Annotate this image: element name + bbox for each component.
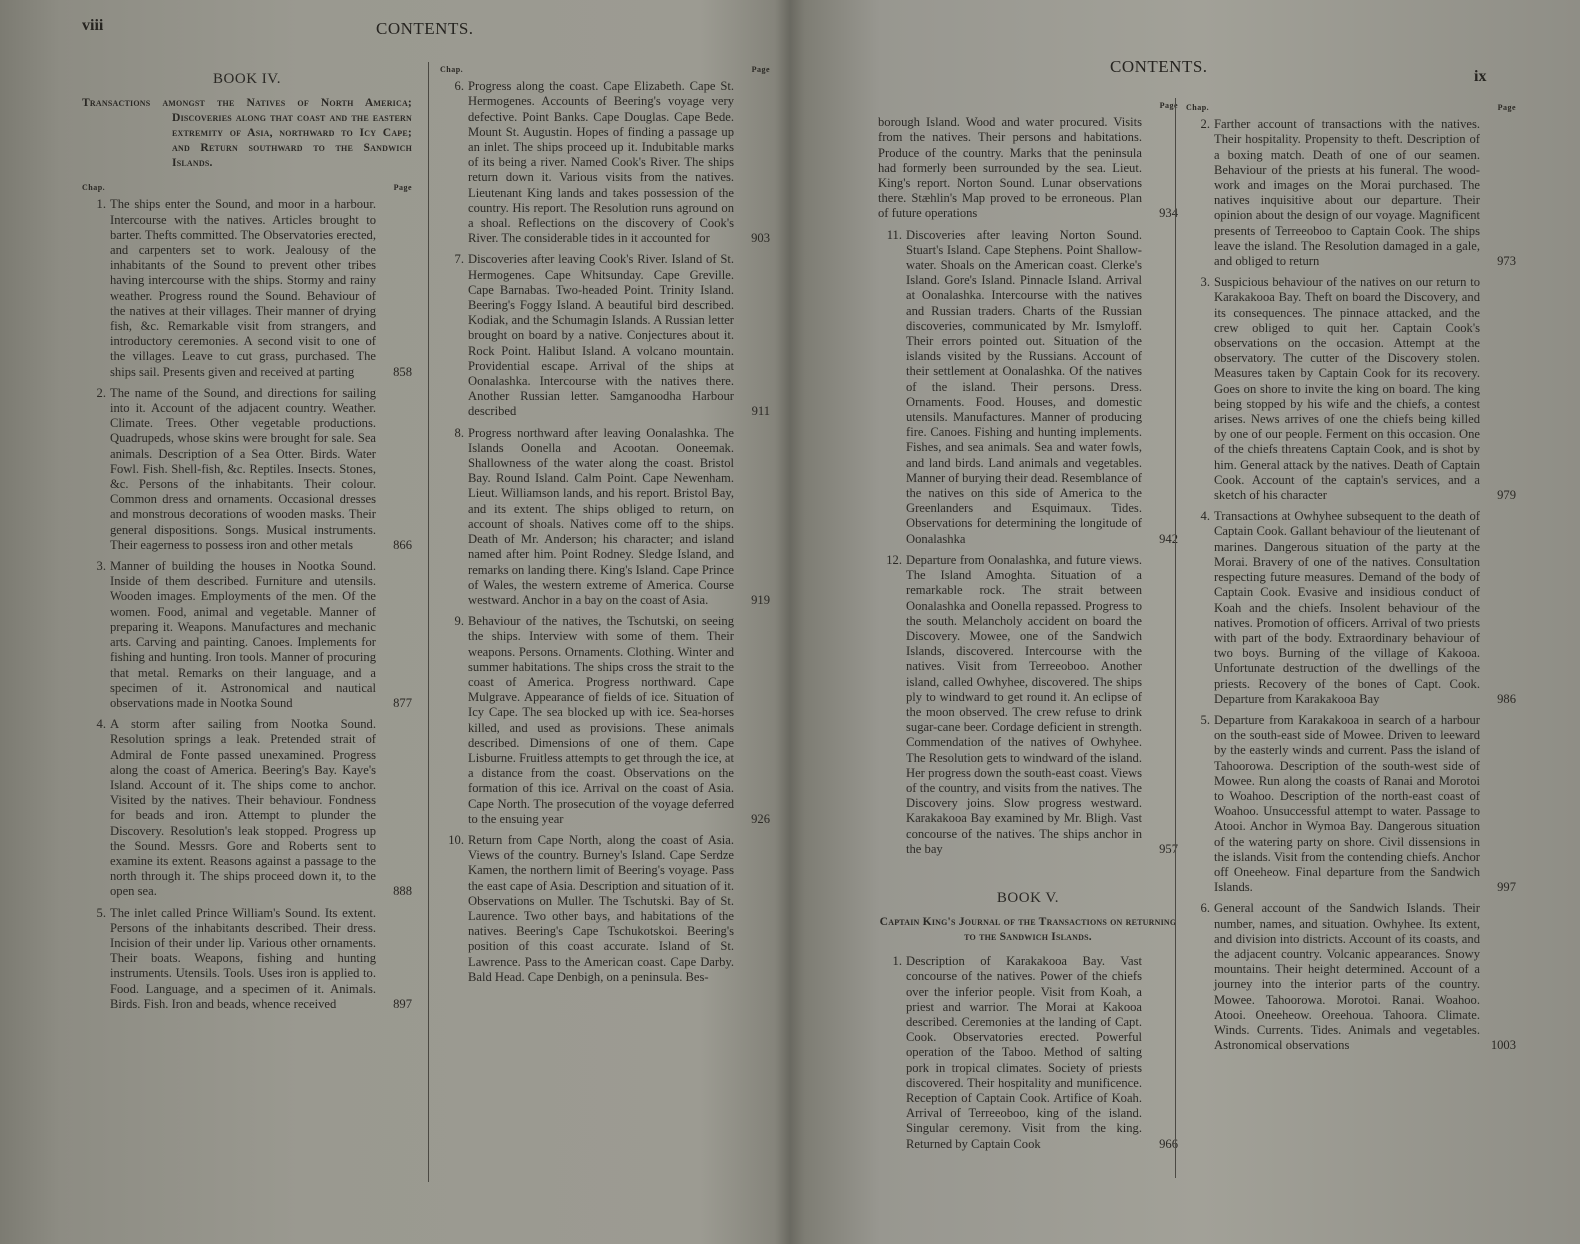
page-reference: 1003 — [1482, 1038, 1516, 1053]
toc-entry-continuation: borough Island. Wood and water procured.… — [878, 115, 1178, 221]
page-reference: 997 — [1482, 880, 1516, 895]
chapter-number: 12. — [878, 553, 902, 568]
chapter-number: 6. — [440, 79, 464, 94]
page-reference: 866 — [378, 538, 412, 553]
page-reference: 903 — [736, 231, 770, 246]
column-divider — [428, 62, 429, 1182]
right-page: CONTENTS. ix Page borough Island. Wood a… — [790, 0, 1580, 1244]
toc-column-2: Chap. Page 2. Farther account of transac… — [1186, 100, 1516, 1059]
toc-entry: 7. Discoveries after leaving Cook's Rive… — [440, 252, 770, 419]
left-page: viii CONTENTS. BOOK IV. Transactions amo… — [0, 0, 790, 1244]
page-reference: 911 — [736, 404, 770, 419]
chapter-summary: The name of the Sound, and directions fo… — [110, 386, 376, 552]
chapter-number: 5. — [1186, 713, 1210, 728]
column-header: Chap. Page — [82, 180, 412, 195]
chapter-summary: Progress along the coast. Cape Elizabeth… — [468, 79, 734, 245]
page-reference: 942 — [1144, 532, 1178, 547]
chapter-summary: Suspicious behaviour of the natives on o… — [1214, 275, 1480, 502]
toc-entry: 10. Return from Cape North, along the co… — [440, 833, 770, 985]
chapter-summary: The ships enter the Sound, and moor in a… — [110, 197, 376, 378]
chapter-number: 4. — [1186, 509, 1210, 524]
toc-entry: 4. A storm after sailing from Nootka Sou… — [82, 717, 412, 899]
page-label: Page — [1498, 100, 1516, 115]
page-reference: 973 — [1482, 254, 1516, 269]
toc-entry: 2. The name of the Sound, and directions… — [82, 386, 412, 553]
toc-entry: 8. Progress northward after leaving Oona… — [440, 426, 770, 608]
chapter-summary: Transactions at Owhyhee subsequent to th… — [1214, 509, 1480, 705]
chapter-summary: Discoveries after leaving Cook's River. … — [468, 252, 734, 418]
chapter-summary: Behaviour of the natives, the Tschutski,… — [468, 614, 734, 826]
running-head: CONTENTS. — [376, 19, 474, 39]
column-divider — [1175, 98, 1176, 1178]
book-title: BOOK V. — [878, 891, 1178, 906]
book-spread: viii CONTENTS. BOOK IV. Transactions amo… — [0, 0, 1580, 1244]
column-header: Page — [878, 98, 1178, 113]
page-reference: 934 — [1144, 206, 1178, 221]
page-reference: 986 — [1482, 692, 1516, 707]
chapter-number: 6. — [1186, 901, 1210, 916]
toc-column-1: BOOK IV. Transactions amongst the Native… — [82, 72, 412, 1018]
page-reference: 919 — [736, 593, 770, 608]
chapter-number: 1. — [82, 197, 106, 212]
toc-entry: 5. Departure from Karakakooa in search o… — [1186, 713, 1516, 895]
toc-entry: 11. Discoveries after leaving Norton Sou… — [878, 228, 1178, 547]
page-number: viii — [82, 17, 103, 35]
toc-entry: 6. Progress along the coast. Cape Elizab… — [440, 79, 770, 246]
chapter-number: 9. — [440, 614, 464, 629]
page-number: ix — [1474, 68, 1486, 86]
chapter-number: 8. — [440, 426, 464, 441]
chapter-number: 11. — [878, 228, 902, 243]
page-reference: 897 — [378, 997, 412, 1012]
spacer — [878, 863, 1178, 891]
chapter-summary: The inlet called Prince William's Sound.… — [110, 906, 376, 1011]
chapter-number: 3. — [1186, 275, 1210, 290]
chapter-summary: Progress northward after leaving Oonalas… — [468, 426, 734, 607]
column-header: Chap. Page — [440, 62, 770, 77]
chapter-summary: General account of the Sandwich Islands.… — [1214, 901, 1480, 1052]
chapter-summary: Departure from Karakakooa in search of a… — [1214, 713, 1480, 894]
chap-label: Chap. — [82, 180, 105, 195]
chapter-number: 1. — [878, 954, 902, 969]
page-reference: 979 — [1482, 488, 1516, 503]
chapter-number: 4. — [82, 717, 106, 732]
running-head: CONTENTS. — [1110, 57, 1208, 77]
page-reference: 957 — [1144, 842, 1178, 857]
chapter-summary: Farther account of transactions with the… — [1214, 117, 1480, 268]
chapter-number: 2. — [1186, 117, 1210, 132]
column-header: Chap. Page — [1186, 100, 1516, 115]
chapter-summary: Departure from Oonalashka, and future vi… — [906, 553, 1142, 856]
chapter-summary: Description of Karakakooa Bay. Vast conc… — [906, 954, 1142, 1150]
toc-entry: 6. General account of the Sandwich Islan… — [1186, 901, 1516, 1053]
chapter-number: 7. — [440, 252, 464, 267]
toc-entry: 5. The inlet called Prince William's Sou… — [82, 906, 412, 1012]
chapter-summary: Manner of building the houses in Nootka … — [110, 559, 376, 710]
toc-entry: 2. Farther account of transactions with … — [1186, 117, 1516, 269]
toc-entry: 1. The ships enter the Sound, and moor i… — [82, 197, 412, 379]
toc-entry: 4. Transactions at Owhyhee subsequent to… — [1186, 509, 1516, 707]
chapter-number: 10. — [440, 833, 464, 848]
book-title: BOOK IV. — [82, 72, 412, 87]
book-subtitle: Captain King's Journal of the Transactio… — [878, 914, 1178, 944]
page-reference: 858 — [378, 365, 412, 380]
chapter-summary: Discoveries after leaving Norton Sound. … — [906, 228, 1142, 546]
toc-column-2: Chap. Page 6. Progress along the coast. … — [440, 62, 770, 991]
book-subtitle: Transactions amongst the Natives of Nort… — [82, 95, 412, 170]
toc-entry: 12. Departure from Oonalashka, and futur… — [878, 553, 1178, 857]
chapter-number: 5. — [82, 906, 106, 921]
chap-label: Chap. — [440, 62, 463, 77]
chapter-summary: Return from Cape North, along the coast … — [468, 833, 734, 984]
toc-column-1: Page borough Island. Wood and water proc… — [878, 98, 1178, 1158]
page-reference: 888 — [378, 884, 412, 899]
toc-entry: 9. Behaviour of the natives, the Tschuts… — [440, 614, 770, 827]
page-reference: 926 — [736, 812, 770, 827]
toc-entry: 3. Suspicious behaviour of the natives o… — [1186, 275, 1516, 503]
toc-entry: 3. Manner of building the houses in Noot… — [82, 559, 412, 711]
chapter-number: 2. — [82, 386, 106, 401]
chap-label: Chap. — [1186, 100, 1209, 115]
page-label: Page — [394, 180, 412, 195]
chapter-summary: borough Island. Wood and water procured.… — [878, 115, 1142, 220]
chapter-number: 3. — [82, 559, 106, 574]
page-label: Page — [752, 62, 770, 77]
toc-entry: 1. Description of Karakakooa Bay. Vast c… — [878, 954, 1178, 1152]
chapter-summary: A storm after sailing from Nootka Sound.… — [110, 717, 376, 898]
page-reference: 877 — [378, 696, 412, 711]
page-reference: 966 — [1144, 1137, 1178, 1152]
